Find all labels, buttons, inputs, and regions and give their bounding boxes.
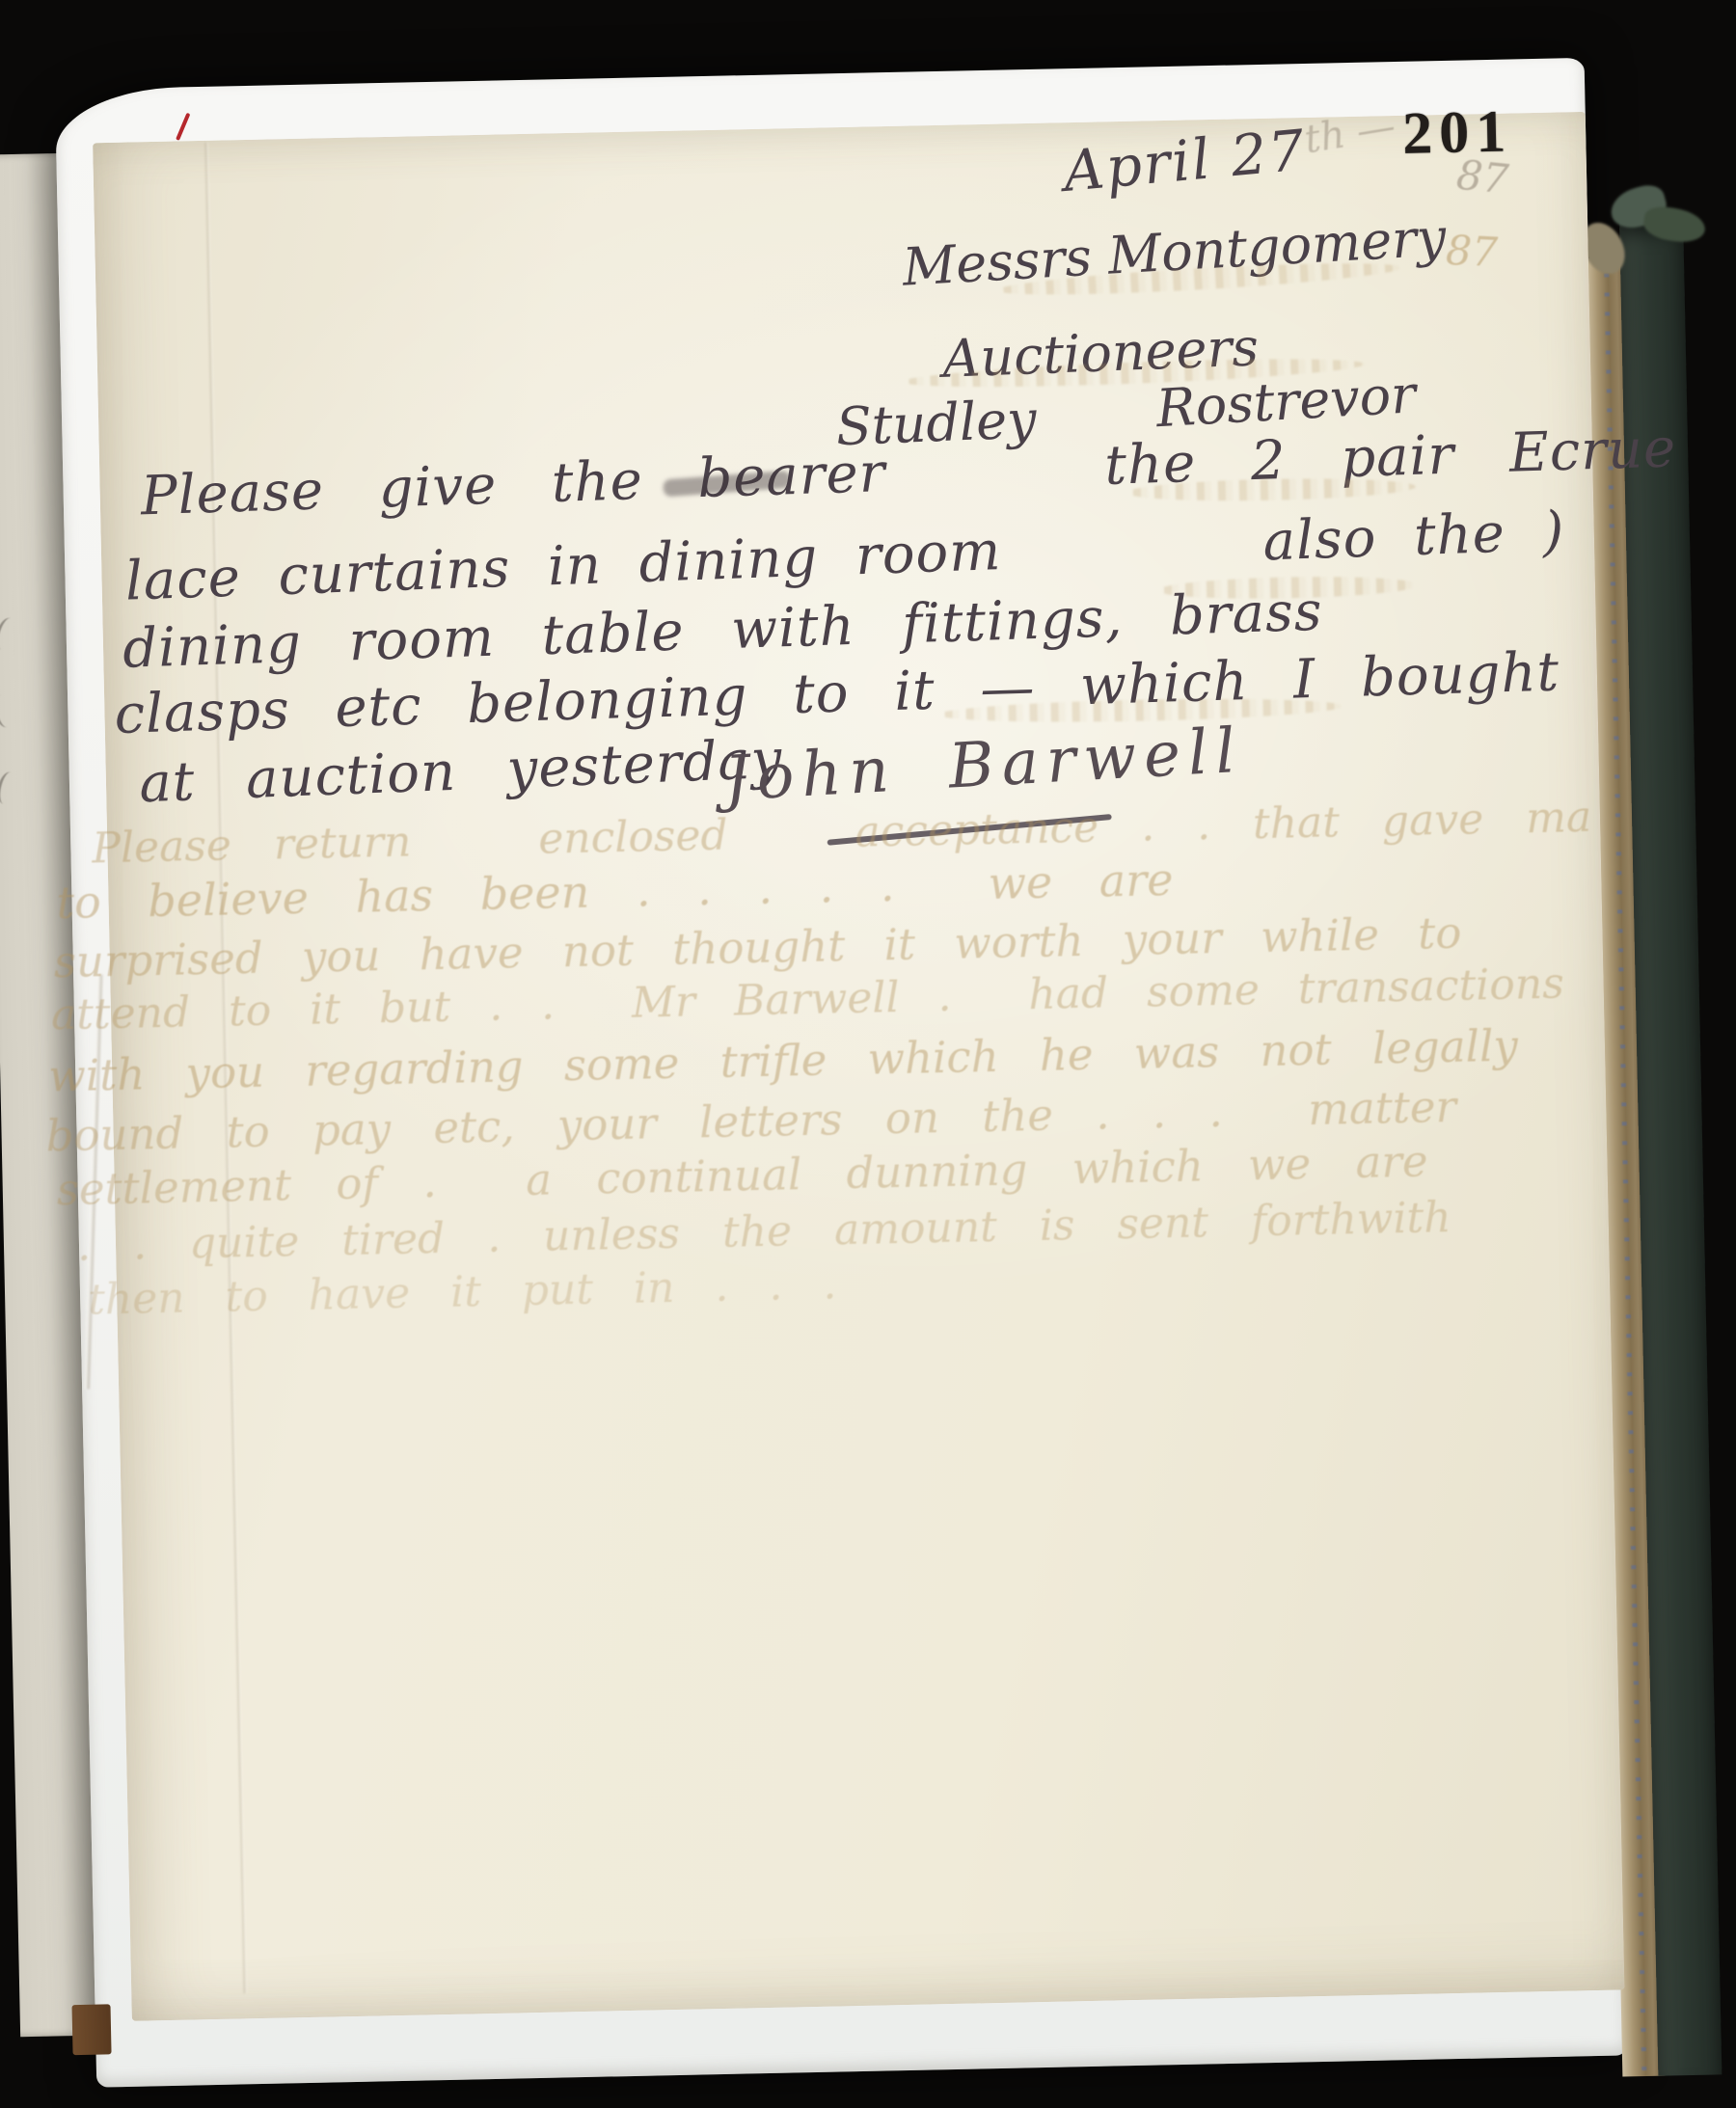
scanned-letterbook-photo: 201 th — 87 87 April 27 Messrs Montgomer…	[0, 0, 1736, 2108]
pencil-87-lower: 87	[1445, 230, 1498, 274]
wood-corner	[71, 2004, 111, 2055]
sliver-ink-trace	[0, 770, 20, 806]
sliver-ink-trace	[0, 693, 16, 729]
book-group: 201 th — 87 87 April 27 Messrs Montgomer…	[0, 0, 1736, 2108]
sliver-ink-trace	[0, 615, 19, 652]
pencil-87-upper: 87	[1454, 155, 1509, 201]
